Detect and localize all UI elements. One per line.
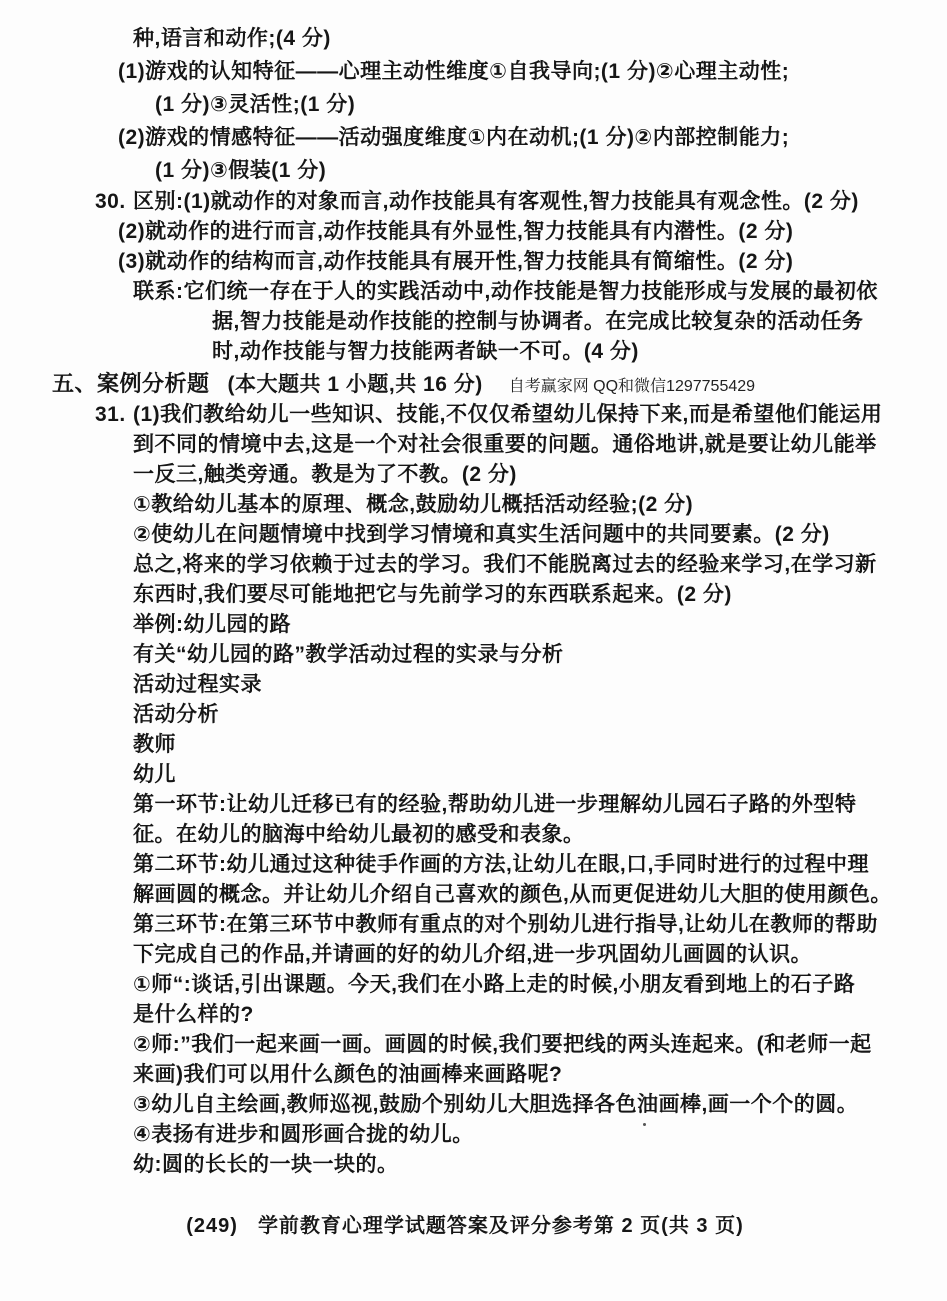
line-text: 种,语言和动作;(4 分) [133, 27, 331, 50]
line-text: 第三环节:在第三环节中教师有重点的对个别幼儿进行指导,让幼儿在教师的帮助 [133, 913, 878, 936]
line-text: 幼:圆的长长的一块一块的。 [133, 1153, 399, 1176]
line-text: ①师“:谈话,引出课题。今天,我们在小路上走的时候,小朋友看到地上的石子路 [133, 973, 855, 996]
footer-title: 学前教育心理学试题答案及评分参考第 2 页(共 3 页) [258, 1215, 744, 1237]
page-footer: (249)学前教育心理学试题答案及评分参考第 2 页(共 3 页) [160, 1186, 744, 1261]
text-line: ②使幼儿在问题情境中找到学习情境和真实生活问题中的共同要素。(2 分) [0, 520, 947, 550]
line-text: 有关“幼儿园的路”教学活动过程的实录与分析 [133, 643, 564, 666]
line-text: 区别:(1)就动作的对象而言,动作技能具有客观性,智力技能具有观念性。(2 分) [133, 190, 859, 213]
scan-artifact-dot [643, 1123, 646, 1126]
text-line: 举例:幼儿园的路 [0, 610, 947, 640]
text-line: ②师:”我们一起来画一画。画圆的时候,我们要把线的两头连起来。(和老师一起 [0, 1030, 947, 1060]
text-line: ④表扬有进步和圆形画合拢的幼儿。 [0, 1120, 947, 1150]
line-text: 总之,将来的学习依赖于过去的学习。我们不能脱离过去的经验来学习,在学习新 [133, 553, 877, 576]
text-line: (1 分)③灵活性;(1 分) [0, 88, 947, 121]
text-line: 有关“幼儿园的路”教学活动过程的实录与分析 [0, 640, 947, 670]
document-body: 种,语言和动作;(4 分)(1)游戏的认知特征——心理主动性维度①自我导向;(1… [0, 22, 947, 1180]
section-line: 五、案例分析题(本大题共 1 小题,共 16 分)自考赢家网 QQ和微信1297… [0, 367, 947, 400]
line-text: ②使幼儿在问题情境中找到学习情境和真实生活问题中的共同要素。(2 分) [133, 523, 830, 546]
text-line: ①师“:谈话,引出课题。今天,我们在小路上走的时候,小朋友看到地上的石子路 [0, 970, 947, 1000]
text-line: 联系:它们统一存在于人的实践活动中,动作技能是智力技能形成与发展的最初依 [0, 277, 947, 307]
text-line: 征。在幼儿的脑海中给幼儿最初的感受和表象。 [0, 820, 947, 850]
text-line: 解画圆的概念。并让幼儿介绍自己喜欢的颜色,从而更促进幼儿大胆的使用颜色。 [0, 880, 947, 910]
line-text: (2)游戏的情感特征——活动强度维度①内在动机;(1 分)②内部控制能力; [118, 126, 789, 149]
section-heading: 五、案例分析题 [52, 371, 210, 396]
line-text: (3)就动作的结构而言,动作技能具有展开性,智力技能具有简缩性。(2 分) [118, 250, 793, 273]
line-text: ③幼儿自主绘画,教师巡视,鼓励个别幼儿大胆选择各色油画棒,画一个个的圆。 [133, 1093, 858, 1116]
text-line: 30.区别:(1)就动作的对象而言,动作技能具有客观性,智力技能具有观念性。(2… [0, 187, 947, 217]
text-line: 总之,将来的学习依赖于过去的学习。我们不能脱离过去的经验来学习,在学习新 [0, 550, 947, 580]
watermark: 自考赢家网 QQ和微信1297755429 [509, 378, 755, 395]
text-line: (1)游戏的认知特征——心理主动性维度①自我导向;(1 分)②心理主动性; [0, 55, 947, 88]
text-line: 幼儿 [0, 760, 947, 790]
text-line: 一反三,触类旁通。教是为了不教。(2 分) [0, 460, 947, 490]
line-text: 来画)我们可以用什么颜色的油画棒来画路呢? [133, 1063, 562, 1086]
text-line: 31.(1)我们教给幼儿一些知识、技能,不仅仅希望幼儿保持下来,而是希望他们能运… [0, 400, 947, 430]
text-line: (3)就动作的结构而言,动作技能具有展开性,智力技能具有简缩性。(2 分) [0, 247, 947, 277]
text-line: 教师 [0, 730, 947, 760]
text-line: 活动分析 [0, 700, 947, 730]
text-line: 种,语言和动作;(4 分) [0, 22, 947, 55]
text-line: 是什么样的? [0, 1000, 947, 1030]
line-text: 据,智力技能是动作技能的控制与协调者。在完成比较复杂的活动任务 [212, 310, 863, 333]
text-line: ③幼儿自主绘画,教师巡视,鼓励个别幼儿大胆选择各色油画棒,画一个个的圆。 [0, 1090, 947, 1120]
text-line: ①教给幼儿基本的原理、概念,鼓励幼儿概括活动经验;(2 分) [0, 490, 947, 520]
line-text: (1 分)③假装(1 分) [155, 159, 326, 182]
text-line: 幼:圆的长长的一块一块的。 [0, 1150, 947, 1180]
line-text: 下完成自己的作品,并请画的好的幼儿介绍,进一步巩固幼儿画圆的认识。 [133, 943, 812, 966]
line-text: (1)游戏的认知特征——心理主动性维度①自我导向;(1 分)②心理主动性; [118, 60, 789, 83]
text-line: 第一环节:让幼儿迁移已有的经验,帮助幼儿进一步理解幼儿园石子路的外型特 [0, 790, 947, 820]
line-text: 时,动作技能与智力技能两者缺一不可。(4 分) [212, 340, 639, 363]
line-text: 第一环节:让幼儿迁移已有的经验,帮助幼儿进一步理解幼儿园石子路的外型特 [133, 793, 856, 816]
line-text: (2)就动作的进行而言,动作技能具有外显性,智力技能具有内潜性。(2 分) [118, 220, 793, 243]
line-text: 一反三,触类旁通。教是为了不教。(2 分) [133, 463, 517, 486]
text-line: 第二环节:幼儿通过这种徒手作画的方法,让幼儿在眼,口,手同时进行的过程中理 [0, 850, 947, 880]
line-text: 东西时,我们要尽可能地把它与先前学习的东西联系起来。(2 分) [133, 583, 732, 606]
section-meta: (本大题共 1 小题,共 16 分) [228, 373, 483, 396]
line-text: 联系:它们统一存在于人的实践活动中,动作技能是智力技能形成与发展的最初依 [133, 280, 878, 303]
text-line: (1 分)③假装(1 分) [0, 154, 947, 187]
text-line: 到不同的情境中去,这是一个对社会很重要的问题。通俗地讲,就是要让幼儿能举 [0, 430, 947, 460]
text-line: 下完成自己的作品,并请画的好的幼儿介绍,进一步巩固幼儿画圆的认识。 [0, 940, 947, 970]
text-line: 时,动作技能与智力技能两者缺一不可。(4 分) [0, 337, 947, 367]
line-text: 到不同的情境中去,这是一个对社会很重要的问题。通俗地讲,就是要让幼儿能举 [133, 433, 877, 456]
line-text: 第二环节:幼儿通过这种徒手作画的方法,让幼儿在眼,口,手同时进行的过程中理 [133, 853, 869, 876]
text-line: 活动过程实录 [0, 670, 947, 700]
text-line: 来画)我们可以用什么颜色的油画棒来画路呢? [0, 1060, 947, 1090]
line-text: 教师 [133, 733, 176, 756]
question-number: 31. [95, 400, 133, 430]
line-text: 举例:幼儿园的路 [133, 613, 291, 636]
line-text: ①教给幼儿基本的原理、概念,鼓励幼儿概括活动经验;(2 分) [133, 493, 693, 516]
line-text: 征。在幼儿的脑海中给幼儿最初的感受和表象。 [133, 823, 585, 846]
line-text: ④表扬有进步和圆形画合拢的幼儿。 [133, 1123, 474, 1146]
question-number: 30. [95, 187, 133, 217]
text-line: (2)游戏的情感特征——活动强度维度①内在动机;(1 分)②内部控制能力; [0, 121, 947, 154]
text-line: 东西时,我们要尽可能地把它与先前学习的东西联系起来。(2 分) [0, 580, 947, 610]
line-text: 活动过程实录 [133, 673, 262, 696]
text-line: (2)就动作的进行而言,动作技能具有外显性,智力技能具有内潜性。(2 分) [0, 217, 947, 247]
line-text: 是什么样的? [133, 1003, 254, 1026]
line-text: (1)我们教给幼儿一些知识、技能,不仅仅希望幼儿保持下来,而是希望他们能运用 [133, 403, 882, 426]
line-text: ②师:”我们一起来画一画。画圆的时候,我们要把线的两头连起来。(和老师一起 [133, 1033, 872, 1056]
scanned-exam-answer-page: 种,语言和动作;(4 分)(1)游戏的认知特征——心理主动性维度①自我导向;(1… [0, 0, 947, 1301]
line-text: 活动分析 [133, 703, 219, 726]
text-line: 第三环节:在第三环节中教师有重点的对个别幼儿进行指导,让幼儿在教师的帮助 [0, 910, 947, 940]
line-text: (1 分)③灵活性;(1 分) [155, 93, 355, 116]
line-text: 解画圆的概念。并让幼儿介绍自己喜欢的颜色,从而更促进幼儿大胆的使用颜色。 [133, 883, 892, 906]
text-line: 据,智力技能是动作技能的控制与协调者。在完成比较复杂的活动任务 [0, 307, 947, 337]
paper-code: (249) [186, 1215, 238, 1237]
line-text: 幼儿 [133, 763, 176, 786]
